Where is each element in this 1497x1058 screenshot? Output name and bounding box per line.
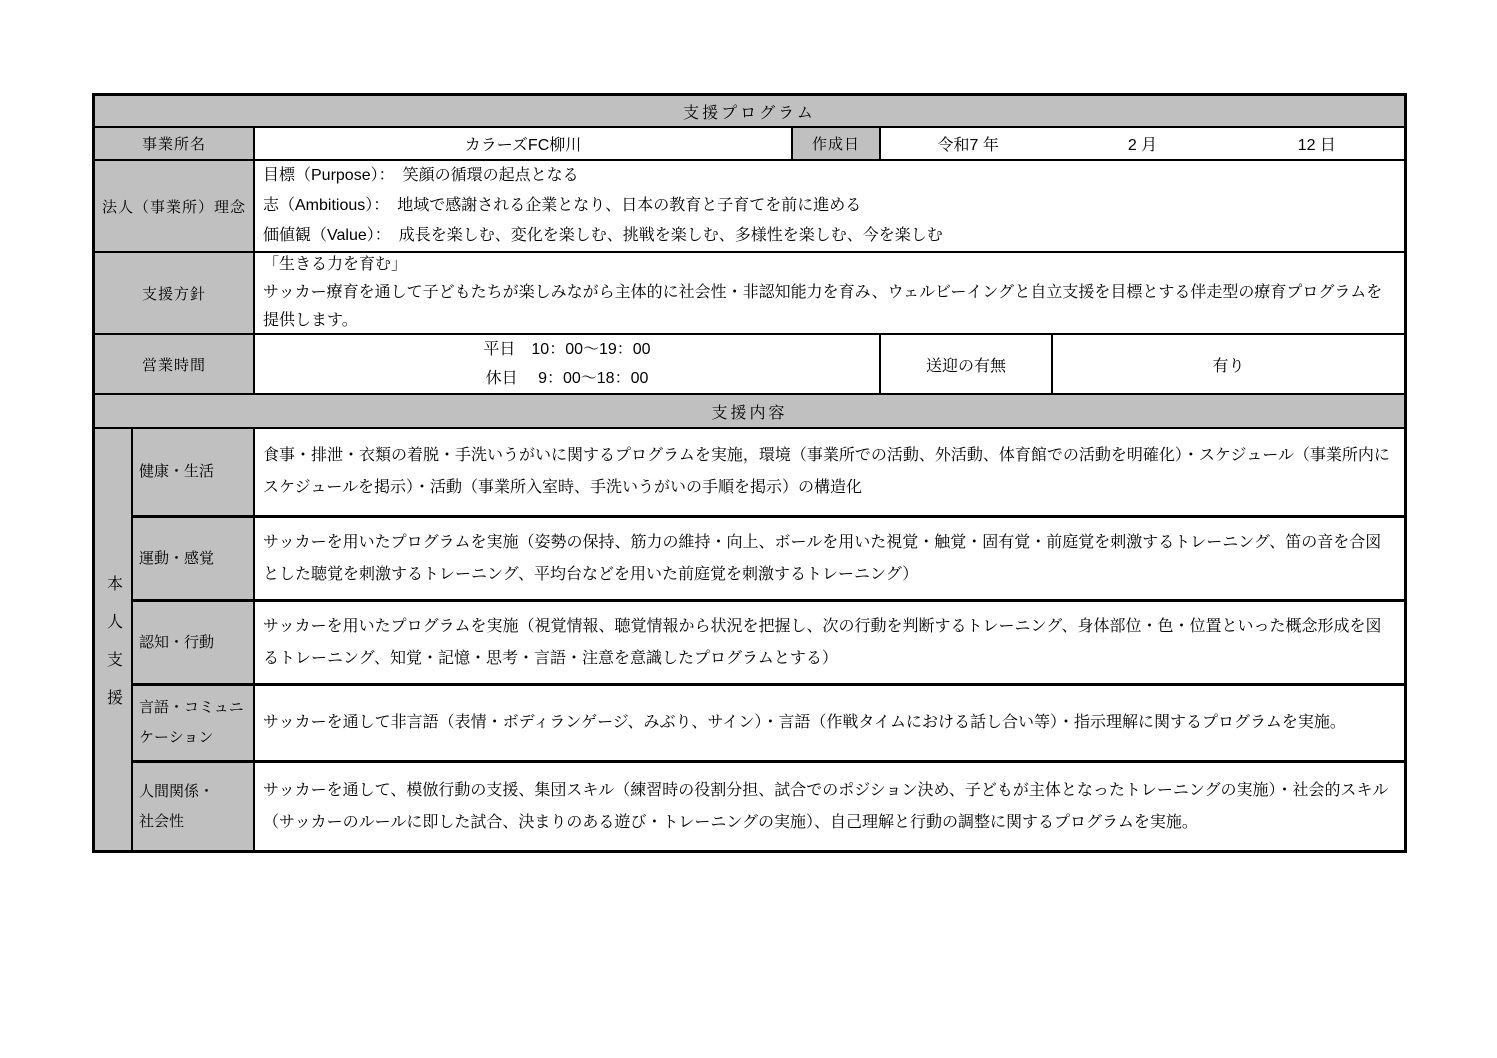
pickup-value: 有り [1053, 335, 1404, 393]
philosophy-line-value: 価値観（Value）： 成長を楽しむ、変化を楽しむ、挑戦を楽しむ、多様性を楽しむ… [263, 221, 1396, 251]
page: 支援プログラム 事業所名 カラーズFC柳川 作成日 令和7 年 2 月 12 日… [0, 0, 1497, 1058]
category-cell: 運動・感覚 [133, 518, 255, 599]
support-row-cognition-behavior: 認知・行動 サッカーを用いたプログラムを実施（視覚情報、聴覚情報から状況を把握し… [133, 599, 1404, 683]
philosophy-row: 法人（事業所）理念 目標（Purpose）： 笑顔の循環の起点となる 志（Amb… [95, 159, 1404, 251]
description-cell: サッカーを用いたプログラムを実施（視覚情報、聴覚情報から状況を把握し、次の行動を… [255, 602, 1404, 683]
hours-row: 営業時間 平日 10：00〜19：00 休日 9：00〜18：00 送迎の有無 … [95, 333, 1404, 393]
support-row-motor-sensory: 運動・感覚 サッカーを用いたプログラムを実施（姿勢の保持、筋力の維持・向上、ボー… [133, 515, 1404, 599]
office-name-label: 事業所名 [95, 128, 255, 159]
policy-line-description: サッカー療育を通して子どもたちが楽しみながら主体的に社会性・非認知能力を育み、ウ… [263, 279, 1396, 335]
created-year: 令和7 年 [881, 128, 1055, 159]
office-name-value: カラーズFC柳川 [255, 128, 793, 159]
category-cell: 人間関係・ 社会性 [133, 763, 255, 850]
description-cell: 食事・排泄・衣類の着脱・手洗いうがいに関するプログラムを実施，環境（事業所での活… [255, 429, 1404, 515]
policy-line-slogan: 「生きる力を育む」 [263, 251, 1396, 279]
support-row-human-relations-sociality: 人間関係・ 社会性 サッカーを通して、模倣行動の支援、集団スキル（練習時の役割分… [133, 760, 1404, 850]
philosophy-label: 法人（事業所）理念 [95, 161, 255, 251]
support-rows: 健康・生活 食事・排泄・衣類の着脱・手洗いうがいに関するプログラムを実施，環境（… [133, 429, 1404, 850]
category-cell: 言語・コミュニ ケーション [133, 686, 255, 760]
created-day: 12 日 [1230, 128, 1404, 159]
header-row: 事業所名 カラーズFC柳川 作成日 令和7 年 2 月 12 日 [95, 126, 1404, 159]
description-cell: サッカーを通して非言語（表情・ボディランゲージ、みぶり、サイン）・言語（作戦タイ… [255, 686, 1404, 760]
section-title-support-content: 支援内容 [95, 393, 1404, 427]
pickup-label: 送迎の有無 [881, 335, 1053, 393]
created-date-label: 作成日 [793, 128, 881, 159]
support-content-area: 本人支援 健康・生活 食事・排泄・衣類の着脱・手洗いうがいに関するプログラムを実… [95, 427, 1404, 850]
category-cell: 認知・行動 [133, 602, 255, 683]
created-month: 2 月 [1055, 128, 1229, 159]
table-title: 支援プログラム [95, 96, 1404, 126]
category-cell: 健康・生活 [133, 429, 255, 515]
philosophy-content: 目標（Purpose）： 笑顔の循環の起点となる 志（Ambitious）： 地… [255, 161, 1404, 251]
hours-content: 平日 10：00〜19：00 休日 9：00〜18：00 [255, 335, 881, 393]
hours-label: 営業時間 [95, 335, 255, 393]
group-label-honnin-shien: 本人支援 [95, 429, 133, 850]
support-row-language-communication: 言語・コミュニ ケーション サッカーを通して非言語（表情・ボディランゲージ、みぶ… [133, 683, 1404, 760]
support-row-health-life: 健康・生活 食事・排泄・衣類の着脱・手洗いうがいに関するプログラムを実施，環境（… [133, 429, 1404, 515]
policy-row: 支援方針 「生きる力を育む」 サッカー療育を通して子どもたちが楽しみながら主体的… [95, 251, 1404, 333]
description-cell: サッカーを通して、模倣行動の支援、集団スキル（練習時の役割分担、試合でのポジショ… [255, 763, 1404, 850]
philosophy-line-purpose: 目標（Purpose）： 笑顔の循環の起点となる [263, 161, 1396, 191]
philosophy-line-ambitious: 志（Ambitious）： 地域で感謝される企業となり、日本の教育と子育てを前に… [263, 191, 1396, 221]
hours-holiday: 休日 9：00〜18：00 [486, 364, 649, 393]
support-program-table: 支援プログラム 事業所名 カラーズFC柳川 作成日 令和7 年 2 月 12 日… [92, 93, 1407, 853]
description-cell: サッカーを用いたプログラムを実施（姿勢の保持、筋力の維持・向上、ボールを用いた視… [255, 518, 1404, 599]
hours-weekday: 平日 10：00〜19：00 [483, 335, 650, 364]
policy-label: 支援方針 [95, 253, 255, 333]
policy-content: 「生きる力を育む」 サッカー療育を通して子どもたちが楽しみながら主体的に社会性・… [255, 253, 1404, 333]
created-date-values: 令和7 年 2 月 12 日 [881, 128, 1404, 159]
